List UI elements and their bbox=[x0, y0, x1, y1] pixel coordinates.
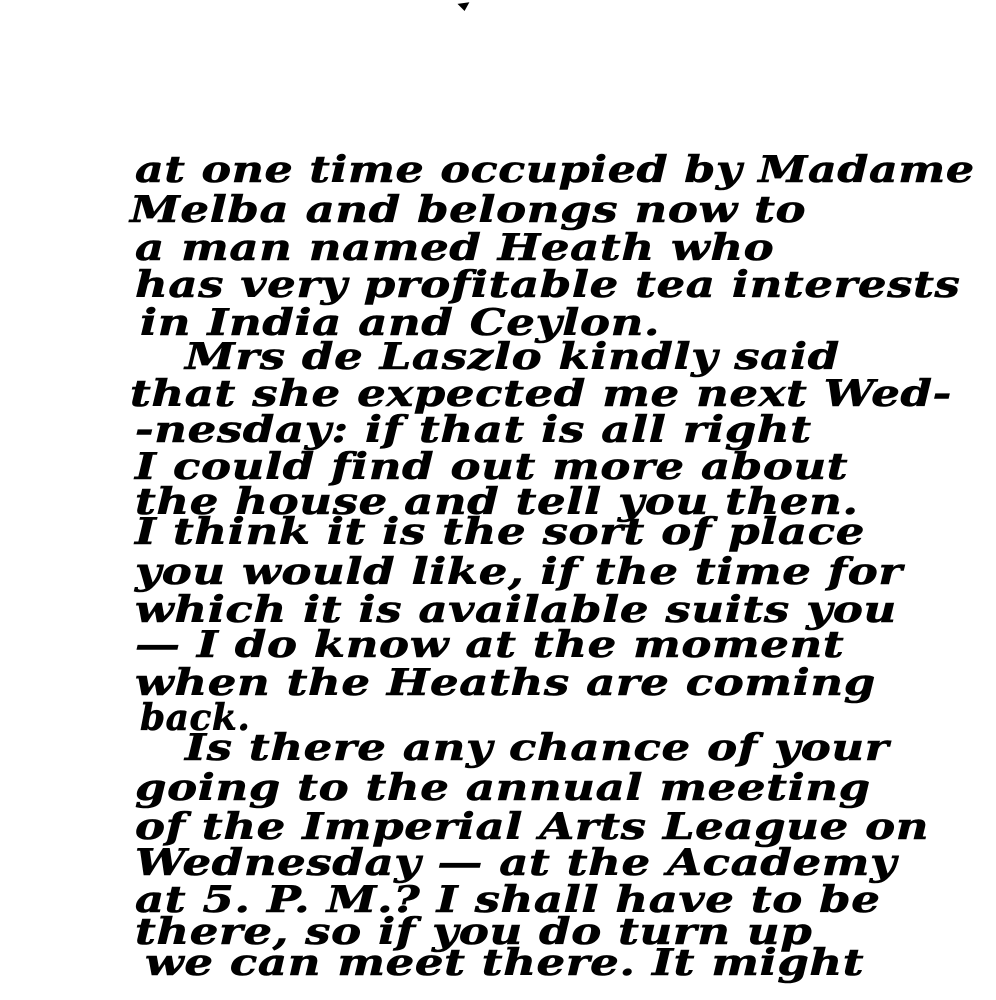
letter-body: at one time occupied by Madame Melba and… bbox=[0, 0, 996, 1000]
text-line: Mrs de Laszlo kindly said bbox=[185, 337, 840, 377]
text-line: Is there any chance of your bbox=[185, 728, 889, 768]
text-line: a man named Heath who bbox=[135, 228, 774, 268]
text-line: Wednesday — at the Academy bbox=[135, 843, 897, 883]
text-line: at one time occupied by Madame bbox=[135, 150, 975, 190]
text-line: -nesday: if that is all right bbox=[135, 410, 812, 450]
text-line: that she expected me next Wed- bbox=[130, 374, 952, 414]
text-line: we can meet there. It might bbox=[145, 943, 864, 983]
text-line: of the Imperial Arts League on bbox=[135, 807, 929, 847]
document-page: at one time occupied by Madame Melba and… bbox=[0, 0, 996, 1000]
text-line: Melba and belongs now to bbox=[130, 190, 806, 230]
text-line: you would like, if the time for bbox=[135, 552, 903, 592]
text-line: — I do know at the moment bbox=[135, 625, 844, 665]
text-line: going to the annual meeting bbox=[135, 768, 871, 808]
text-line: has very profitable tea interests bbox=[135, 265, 961, 305]
text-line: I think it is the sort of place bbox=[135, 512, 865, 552]
